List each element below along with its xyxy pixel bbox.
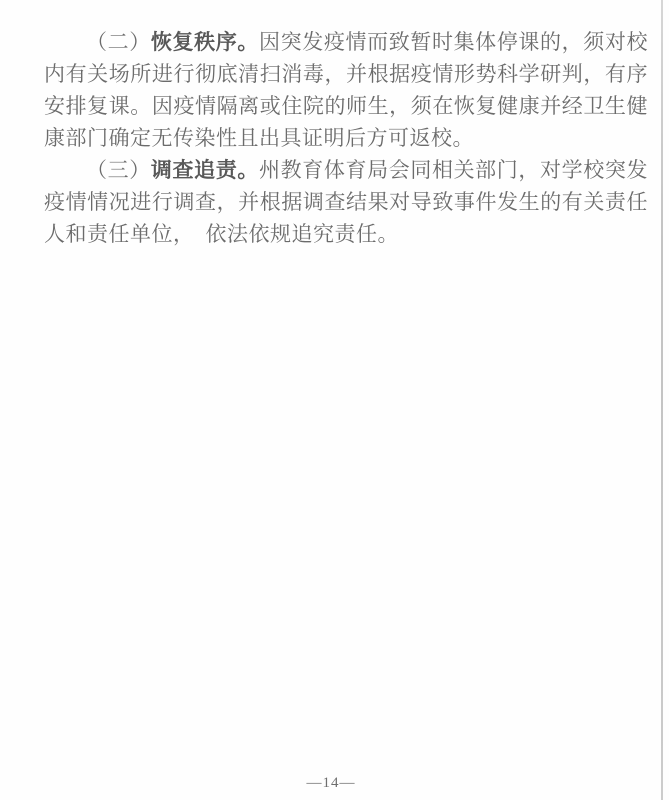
- paragraph-heading: 恢复秩序。: [151, 30, 259, 54]
- document-page: （二）恢复秩序。因突发疫情而致暂时集体停课的，须对校内有关场所进行彻底清扫消毒，…: [0, 0, 669, 800]
- paragraph-restore-order: （二）恢复秩序。因突发疫情而致暂时集体停课的，须对校内有关场所进行彻底清扫消毒，…: [44, 26, 648, 154]
- page-number: —14—: [0, 775, 662, 792]
- paragraph-label: （二）: [86, 30, 151, 54]
- paragraph-heading: 调查追责。: [151, 158, 259, 182]
- scan-edge-line: [661, 0, 663, 800]
- paragraph-investigate-accountability: （三）调查追责。州教育体育局会同相关部门，对学校突发疫情情况进行调查，并根据调查…: [44, 154, 648, 250]
- paragraph-label: （三）: [86, 158, 151, 182]
- document-body: （二）恢复秩序。因突发疫情而致暂时集体停课的，须对校内有关场所进行彻底清扫消毒，…: [44, 26, 648, 250]
